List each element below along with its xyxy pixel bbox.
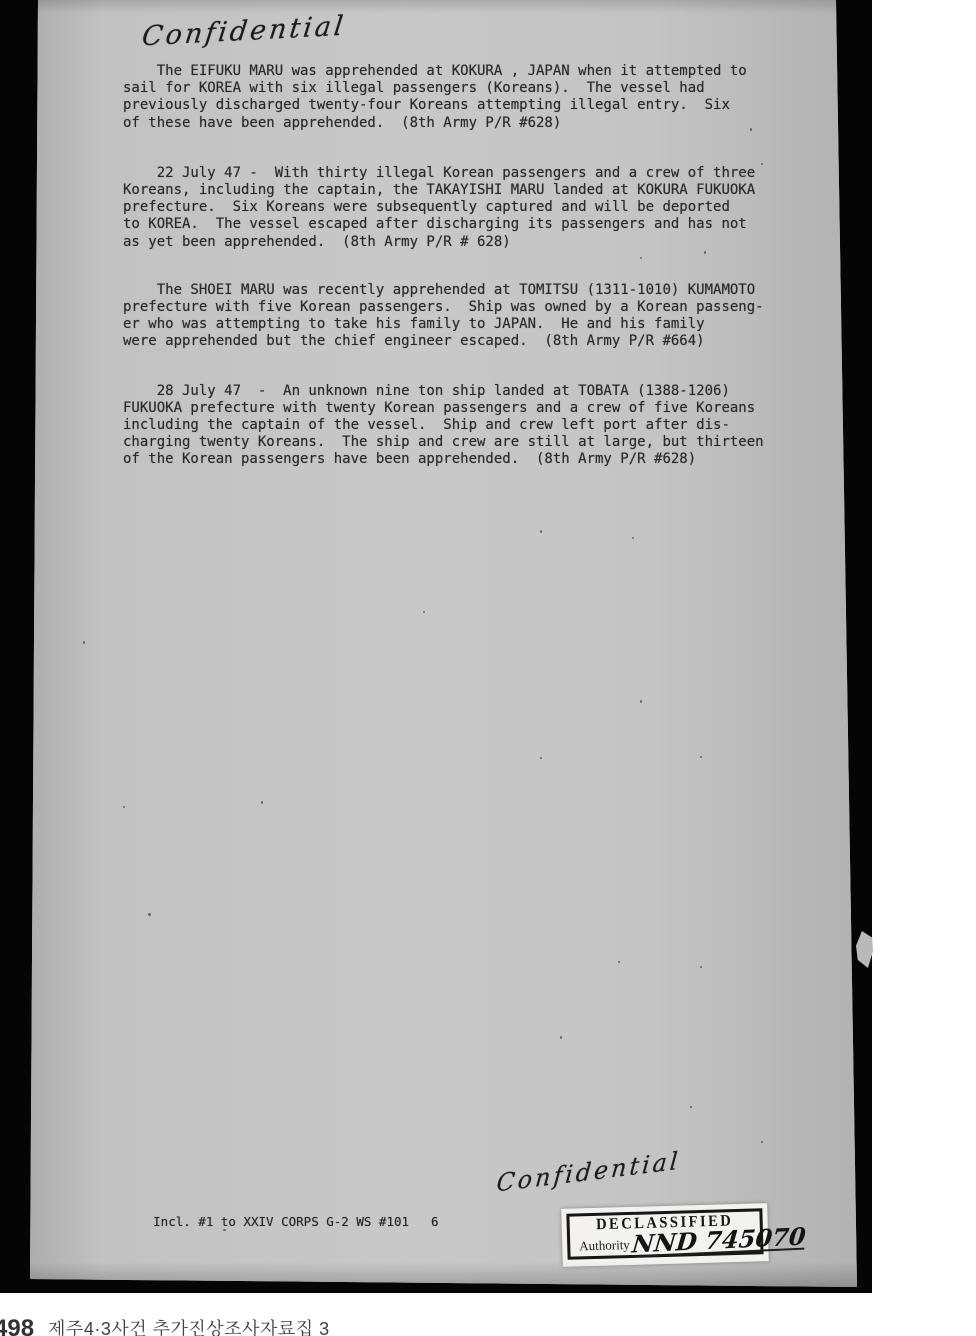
book-title-korean: 제주4·3사건 추가진상조사자료집 3 [48,1319,330,1336]
noise-speck [632,537,634,539]
paragraph-gap [123,251,783,282]
enclosure-footer: Incl. #1 to XXIV CORPS G-2 WS #1016 [108,1199,439,1244]
noise-speck [123,806,125,808]
noise-speck [700,966,702,968]
noise-speck [261,801,263,804]
stamp-authority-label: Authority [579,1237,630,1254]
noise-speck [223,1229,226,1231]
noise-speck [423,611,425,613]
noise-speck [640,700,642,703]
noise-speck [148,913,151,916]
paragraph-tobata-ship: 28 July 47 - An unknown nine ton ship la… [123,383,783,469]
sheet-number: 6 [431,1214,439,1229]
paragraph-eifuku-maru: The EIFUKU MARU was apprehended at KOKUR… [123,63,783,132]
enclosure-text: Incl. #1 to XXIV CORPS G-2 WS #101 [153,1214,409,1229]
noise-speck [750,128,752,131]
paper-sheet: Confidential The EIFUKU MARU was apprehe… [28,0,860,1288]
noise-speck [540,530,542,533]
noise-speck [761,163,763,165]
stamp-authority-number-handwritten: NND 745070 [631,1226,807,1258]
scanned-document-page: Confidential The EIFUKU MARU was apprehe… [0,0,976,1336]
noise-speck [540,757,542,759]
noise-speck [704,251,706,254]
paragraph-gap [123,132,783,165]
paragraph-gap [123,351,783,383]
paragraph-shoei-maru: The SHOEI MARU was recently apprehended … [123,282,783,351]
paragraph-takayishi-maru: 22 July 47 - With thirty illegal Korean … [123,165,783,251]
noise-speck [640,257,642,259]
declassified-stamp: DECLASSIFIED Authority NND 745070 [561,1203,769,1267]
scan-artifact-blob [856,931,873,968]
noise-speck [618,961,620,963]
typed-body-text: The EIFUKU MARU was apprehended at KOKUR… [123,63,783,469]
handwritten-confidential-bottom: Confidential [495,1146,681,1197]
handwritten-confidential-top: Confidential [140,11,347,53]
noise-speck [83,641,85,644]
book-page-caption: 498 제주4·3사건 추가진상조사자료집 3 [0,1317,330,1336]
noise-speck [761,1141,763,1143]
stamp-border: DECLASSIFIED Authority NND 745070 [566,1208,763,1259]
book-page-number: 498 [0,1317,34,1336]
noise-speck [560,1036,562,1039]
noise-speck [700,756,702,758]
noise-speck [690,1106,692,1108]
